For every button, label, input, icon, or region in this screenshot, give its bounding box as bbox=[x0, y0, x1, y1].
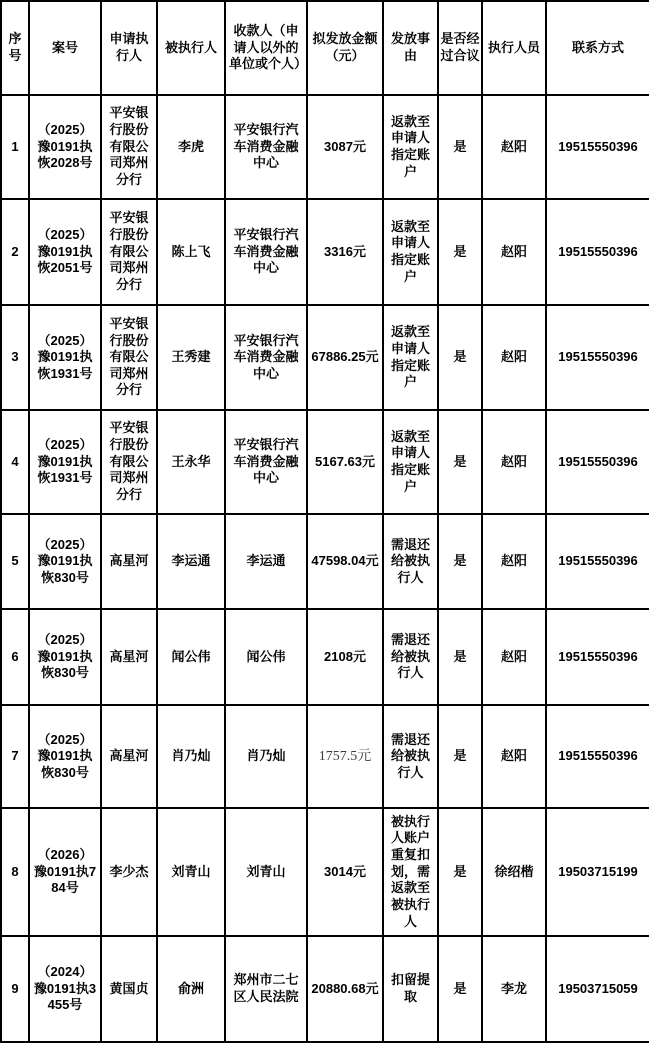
table-cell: 是 bbox=[438, 305, 482, 410]
column-header: 执行人员 bbox=[482, 1, 546, 95]
table-row: 6（2025）豫0191执恢830号高星河闻公伟闻公伟2108元需退还给被执行人… bbox=[1, 609, 649, 705]
table-cell: 2108元 bbox=[307, 609, 383, 705]
table-cell: （2025）豫0191执恢830号 bbox=[29, 514, 101, 609]
table-cell: 是 bbox=[438, 705, 482, 808]
table-header-row: 序号案号申请执行人被执行人收款人（申请人以外的单位或个人）拟发放金额（元）发放事… bbox=[1, 1, 649, 95]
table-cell: 赵阳 bbox=[482, 514, 546, 609]
table-cell: 是 bbox=[438, 936, 482, 1042]
table-cell: 是 bbox=[438, 514, 482, 609]
table-cell: 19515550396 bbox=[546, 705, 649, 808]
table-cell: 1 bbox=[1, 95, 29, 199]
table-cell: 被执行人账户重复扣划，需返款至被执行人 bbox=[383, 808, 438, 936]
table-cell: 李运通 bbox=[225, 514, 307, 609]
table-cell: 赵阳 bbox=[482, 305, 546, 410]
table-cell: 徐绍楷 bbox=[482, 808, 546, 936]
table-cell: 平安银行股份有限公司郑州分行 bbox=[101, 95, 157, 199]
column-header: 发放事由 bbox=[383, 1, 438, 95]
table-cell: （2025）豫0191执恢1931号 bbox=[29, 410, 101, 514]
payment-disbursement-table: 序号案号申请执行人被执行人收款人（申请人以外的单位或个人）拟发放金额（元）发放事… bbox=[0, 0, 649, 1043]
table-body: 1（2025）豫0191执恢2028号平安银行股份有限公司郑州分行李虎平安银行汽… bbox=[1, 95, 649, 1042]
table-cell: 需退还给被执行人 bbox=[383, 705, 438, 808]
column-header: 是否经过合议 bbox=[438, 1, 482, 95]
table-cell: 47598.04元 bbox=[307, 514, 383, 609]
table-cell: 赵阳 bbox=[482, 95, 546, 199]
table-cell: 6 bbox=[1, 609, 29, 705]
table-cell: 刘青山 bbox=[225, 808, 307, 936]
table-cell: （2025）豫0191执恢2028号 bbox=[29, 95, 101, 199]
table-cell: 扣留提取 bbox=[383, 936, 438, 1042]
table-cell: 平安银行汽车消费金融中心 bbox=[225, 95, 307, 199]
table-row: 2（2025）豫0191执恢2051号平安银行股份有限公司郑州分行陈上飞平安银行… bbox=[1, 199, 649, 305]
table-cell: 高星河 bbox=[101, 705, 157, 808]
table-cell: 李龙 bbox=[482, 936, 546, 1042]
table-cell: 是 bbox=[438, 410, 482, 514]
table-cell: 19515550396 bbox=[546, 95, 649, 199]
table-cell: 王永华 bbox=[157, 410, 225, 514]
table-cell: 19515550396 bbox=[546, 199, 649, 305]
table-cell: 李少杰 bbox=[101, 808, 157, 936]
column-header: 案号 bbox=[29, 1, 101, 95]
column-header: 被执行人 bbox=[157, 1, 225, 95]
table-cell: 是 bbox=[438, 95, 482, 199]
table-row: 9（2024）豫0191执3455号黄国贞俞洲郑州市二七区人民法院20880.6… bbox=[1, 936, 649, 1042]
table-cell: 高星河 bbox=[101, 609, 157, 705]
table-cell: 平安银行股份有限公司郑州分行 bbox=[101, 410, 157, 514]
table-row: 5（2025）豫0191执恢830号高星河李运通李运通47598.04元需退还给… bbox=[1, 514, 649, 609]
column-header: 申请执行人 bbox=[101, 1, 157, 95]
table-cell: 是 bbox=[438, 199, 482, 305]
table-cell: 李运通 bbox=[157, 514, 225, 609]
table-cell: （2025）豫0191执恢830号 bbox=[29, 609, 101, 705]
table-cell: 俞洲 bbox=[157, 936, 225, 1042]
table-cell: 7 bbox=[1, 705, 29, 808]
table-cell: 返款至申请人指定账户 bbox=[383, 410, 438, 514]
table-cell: 3014元 bbox=[307, 808, 383, 936]
column-header: 拟发放金额（元） bbox=[307, 1, 383, 95]
table-cell: 刘青山 bbox=[157, 808, 225, 936]
table-cell: 2 bbox=[1, 199, 29, 305]
table-cell: 4 bbox=[1, 410, 29, 514]
table-cell: 3316元 bbox=[307, 199, 383, 305]
table-cell: 19515550396 bbox=[546, 514, 649, 609]
column-header: 序号 bbox=[1, 1, 29, 95]
table-cell: 平安银行股份有限公司郑州分行 bbox=[101, 305, 157, 410]
table-row: 4（2025）豫0191执恢1931号平安银行股份有限公司郑州分行王永华平安银行… bbox=[1, 410, 649, 514]
table-cell: 郑州市二七区人民法院 bbox=[225, 936, 307, 1042]
table-cell: 19503715199 bbox=[546, 808, 649, 936]
table-cell: 是 bbox=[438, 609, 482, 705]
column-header: 联系方式 bbox=[546, 1, 649, 95]
table-cell: 9 bbox=[1, 936, 29, 1042]
table-cell: 平安银行汽车消费金融中心 bbox=[225, 305, 307, 410]
table-cell: 肖乃灿 bbox=[157, 705, 225, 808]
table-row: 3（2025）豫0191执恢1931号平安银行股份有限公司郑州分行王秀建平安银行… bbox=[1, 305, 649, 410]
column-header: 收款人（申请人以外的单位或个人） bbox=[225, 1, 307, 95]
table-cell: 王秀建 bbox=[157, 305, 225, 410]
table-row: 8（2026）豫0191执784号李少杰刘青山刘青山3014元被执行人账户重复扣… bbox=[1, 808, 649, 936]
table-cell: 是 bbox=[438, 808, 482, 936]
table-cell: （2025）豫0191执恢1931号 bbox=[29, 305, 101, 410]
table-cell: 需退还给被执行人 bbox=[383, 514, 438, 609]
table-cell: 19515550396 bbox=[546, 305, 649, 410]
table-cell: 20880.68元 bbox=[307, 936, 383, 1042]
table-cell: 肖乃灿 bbox=[225, 705, 307, 808]
table-cell: 平安银行股份有限公司郑州分行 bbox=[101, 199, 157, 305]
table-cell: 19515550396 bbox=[546, 609, 649, 705]
table-cell: 闻公伟 bbox=[225, 609, 307, 705]
table-cell: 赵阳 bbox=[482, 199, 546, 305]
table-cell: 5 bbox=[1, 514, 29, 609]
table-cell: 返款至申请人指定账户 bbox=[383, 305, 438, 410]
table-cell: 3087元 bbox=[307, 95, 383, 199]
table-cell: 黄国贞 bbox=[101, 936, 157, 1042]
table-cell: 67886.25元 bbox=[307, 305, 383, 410]
table-cell: 李虎 bbox=[157, 95, 225, 199]
table-cell: 返款至申请人指定账户 bbox=[383, 95, 438, 199]
table-cell: 3 bbox=[1, 305, 29, 410]
table-cell: （2024）豫0191执3455号 bbox=[29, 936, 101, 1042]
table-cell: 8 bbox=[1, 808, 29, 936]
table-cell: 1757.5元 bbox=[307, 705, 383, 808]
table-cell: 平安银行汽车消费金融中心 bbox=[225, 410, 307, 514]
table-cell: （2025）豫0191执恢830号 bbox=[29, 705, 101, 808]
table-cell: 赵阳 bbox=[482, 410, 546, 514]
table-cell: 平安银行汽车消费金融中心 bbox=[225, 199, 307, 305]
table-cell: 需退还给被执行人 bbox=[383, 609, 438, 705]
table-cell: 闻公伟 bbox=[157, 609, 225, 705]
table-cell: （2025）豫0191执恢2051号 bbox=[29, 199, 101, 305]
table-row: 7（2025）豫0191执恢830号高星河肖乃灿肖乃灿1757.5元需退还给被执… bbox=[1, 705, 649, 808]
table-cell: 19503715059 bbox=[546, 936, 649, 1042]
table-cell: 赵阳 bbox=[482, 609, 546, 705]
table-cell: （2026）豫0191执784号 bbox=[29, 808, 101, 936]
table-cell: 5167.63元 bbox=[307, 410, 383, 514]
table-cell: 赵阳 bbox=[482, 705, 546, 808]
table-cell: 19515550396 bbox=[546, 410, 649, 514]
table-row: 1（2025）豫0191执恢2028号平安银行股份有限公司郑州分行李虎平安银行汽… bbox=[1, 95, 649, 199]
table-cell: 高星河 bbox=[101, 514, 157, 609]
table-cell: 陈上飞 bbox=[157, 199, 225, 305]
table-cell: 返款至申请人指定账户 bbox=[383, 199, 438, 305]
